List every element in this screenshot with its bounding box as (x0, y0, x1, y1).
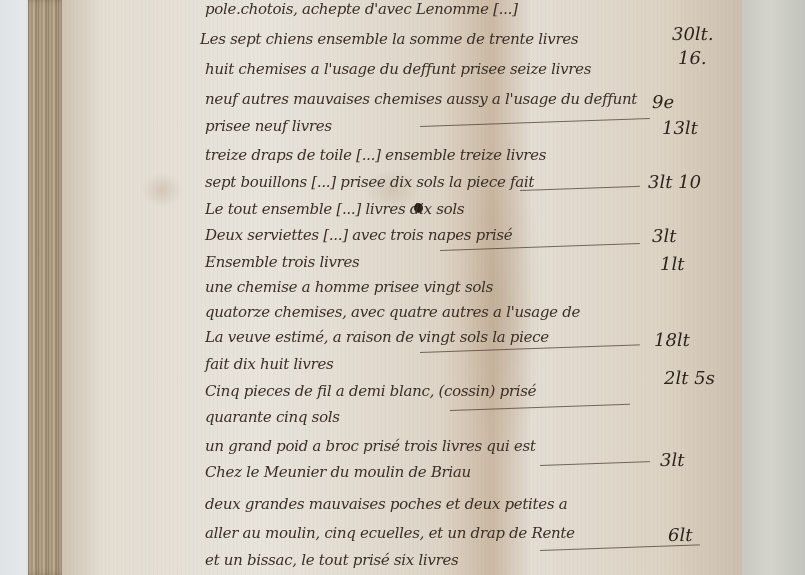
line-amount: 6lt (668, 525, 692, 546)
line-amount: 3lt 10 (648, 172, 701, 193)
manuscript-line: Chez le Meunier du moulin de Briau (205, 463, 471, 481)
manuscript-line: quarante cinq sols (205, 408, 340, 426)
manuscript-line: sept bouillons [...] prisee dix sols la … (205, 173, 534, 191)
line-amount: 1lt (660, 254, 684, 275)
manuscript-line: une chemise a homme prisee vingt sols (205, 278, 493, 296)
manuscript-line: Les sept chiens ensemble la somme de tre… (200, 30, 578, 48)
manuscript-line: Cinq pieces de fil a demi blanc, (cossin… (205, 382, 536, 400)
manuscript-line: Deux serviettes [...] avec trois napes p… (205, 226, 512, 244)
manuscript-line: quatorze chemises, avec quatre autres a … (205, 303, 580, 321)
manuscript-line: un grand poid a broc prisé trois livres … (205, 437, 536, 455)
manuscript-line: pole.chotois, achepte d'avec Lenomme [..… (205, 0, 518, 18)
line-amount: 2lt 5s (664, 368, 715, 389)
manuscript-line: et un bissac, le tout prisé six livres (205, 551, 458, 569)
manuscript-line: huit chemises a l'usage du deffunt prise… (205, 60, 591, 78)
line-amount: 16. (678, 48, 707, 69)
line-amount: 30lt. (672, 24, 714, 45)
manuscript-line: Le tout ensemble [...] livres dix sols (205, 200, 464, 218)
line-amount: 13lt (662, 118, 698, 139)
manuscript-line: prisee neuf livres (205, 117, 332, 135)
line-amount: 3lt (652, 226, 676, 247)
line-amount: 3lt (660, 450, 684, 471)
line-amount: 18lt (654, 330, 690, 351)
manuscript-line: La veuve estimé, a raison de vingt sols … (205, 328, 549, 346)
manuscript-line: deux grandes mauvaises poches et deux pe… (205, 495, 567, 513)
manuscript-line: neuf autres mauvaises chemises aussy a l… (205, 90, 637, 108)
manuscript-line: fait dix huit livres (205, 355, 333, 373)
manuscript-line: Ensemble trois livres (205, 253, 359, 271)
manuscript-line: aller au moulin, cinq ecuelles, et un dr… (205, 524, 575, 542)
manuscript-line: treize draps de toile [...] ensemble tre… (205, 146, 546, 164)
line-amount: 9e (652, 92, 674, 113)
